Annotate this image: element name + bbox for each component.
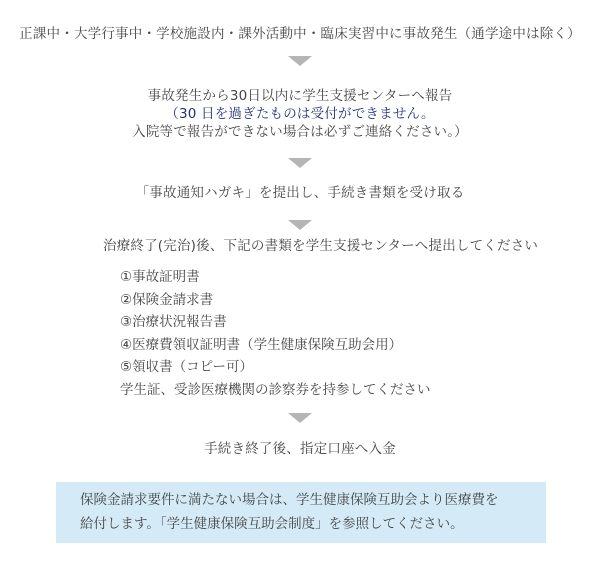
step-report-line3: 入院等で報告ができない場合は必ずご連絡ください。） <box>0 123 600 141</box>
list-item: ①事故証明書 <box>120 266 431 289</box>
down-triangle-icon <box>288 220 312 230</box>
step-submit-postcard: 「事故通知ハガキ」を提出し、手続き書類を受け取る <box>0 184 600 202</box>
list-item: ③治療状況報告書 <box>120 311 431 334</box>
step-payment: 手続き終了後、指定口座へ入金 <box>0 440 600 458</box>
list-item: ④医療費領収証明書（学生健康保険互助会用） <box>120 334 431 357</box>
note-line2: 給付します。「学生健康保険互助会制度」を参照してください。 <box>80 515 464 533</box>
down-triangle-icon <box>288 413 312 423</box>
step-report-deadline-warning: （30 日を過ぎたものは受付ができません。 <box>0 105 600 123</box>
step-report-line1: 事故発生から30日以内に学生支援センターへ報告 <box>0 87 600 105</box>
step-submit-documents-heading: 治療終了(完治)後、下記の書類を学生支援センターへ提出してください <box>103 237 538 255</box>
list-item: 学生証、受診医療機関の診察券を持参してください <box>120 379 431 402</box>
note-line1: 保険金請求要件に満たない場合は、学生健康保険互助会より医療費を <box>80 491 499 509</box>
list-item: ⑤領収書（コピー可） <box>120 356 431 379</box>
documents-list: ①事故証明書 ②保険金請求書 ③治療状況報告書 ④医療費領収証明書（学生健康保険… <box>120 266 431 401</box>
note-box: 保険金請求要件に満たない場合は、学生健康保険互助会より医療費を 給付します。「学… <box>56 482 546 543</box>
down-triangle-icon <box>288 56 312 66</box>
down-triangle-icon <box>288 158 312 168</box>
step-accident-occurrence: 正課中・大学行事中・学校施設内・課外活動中・臨床実習中に事故発生（通学途中は除く… <box>0 25 600 43</box>
list-item: ②保険金請求書 <box>120 289 431 312</box>
